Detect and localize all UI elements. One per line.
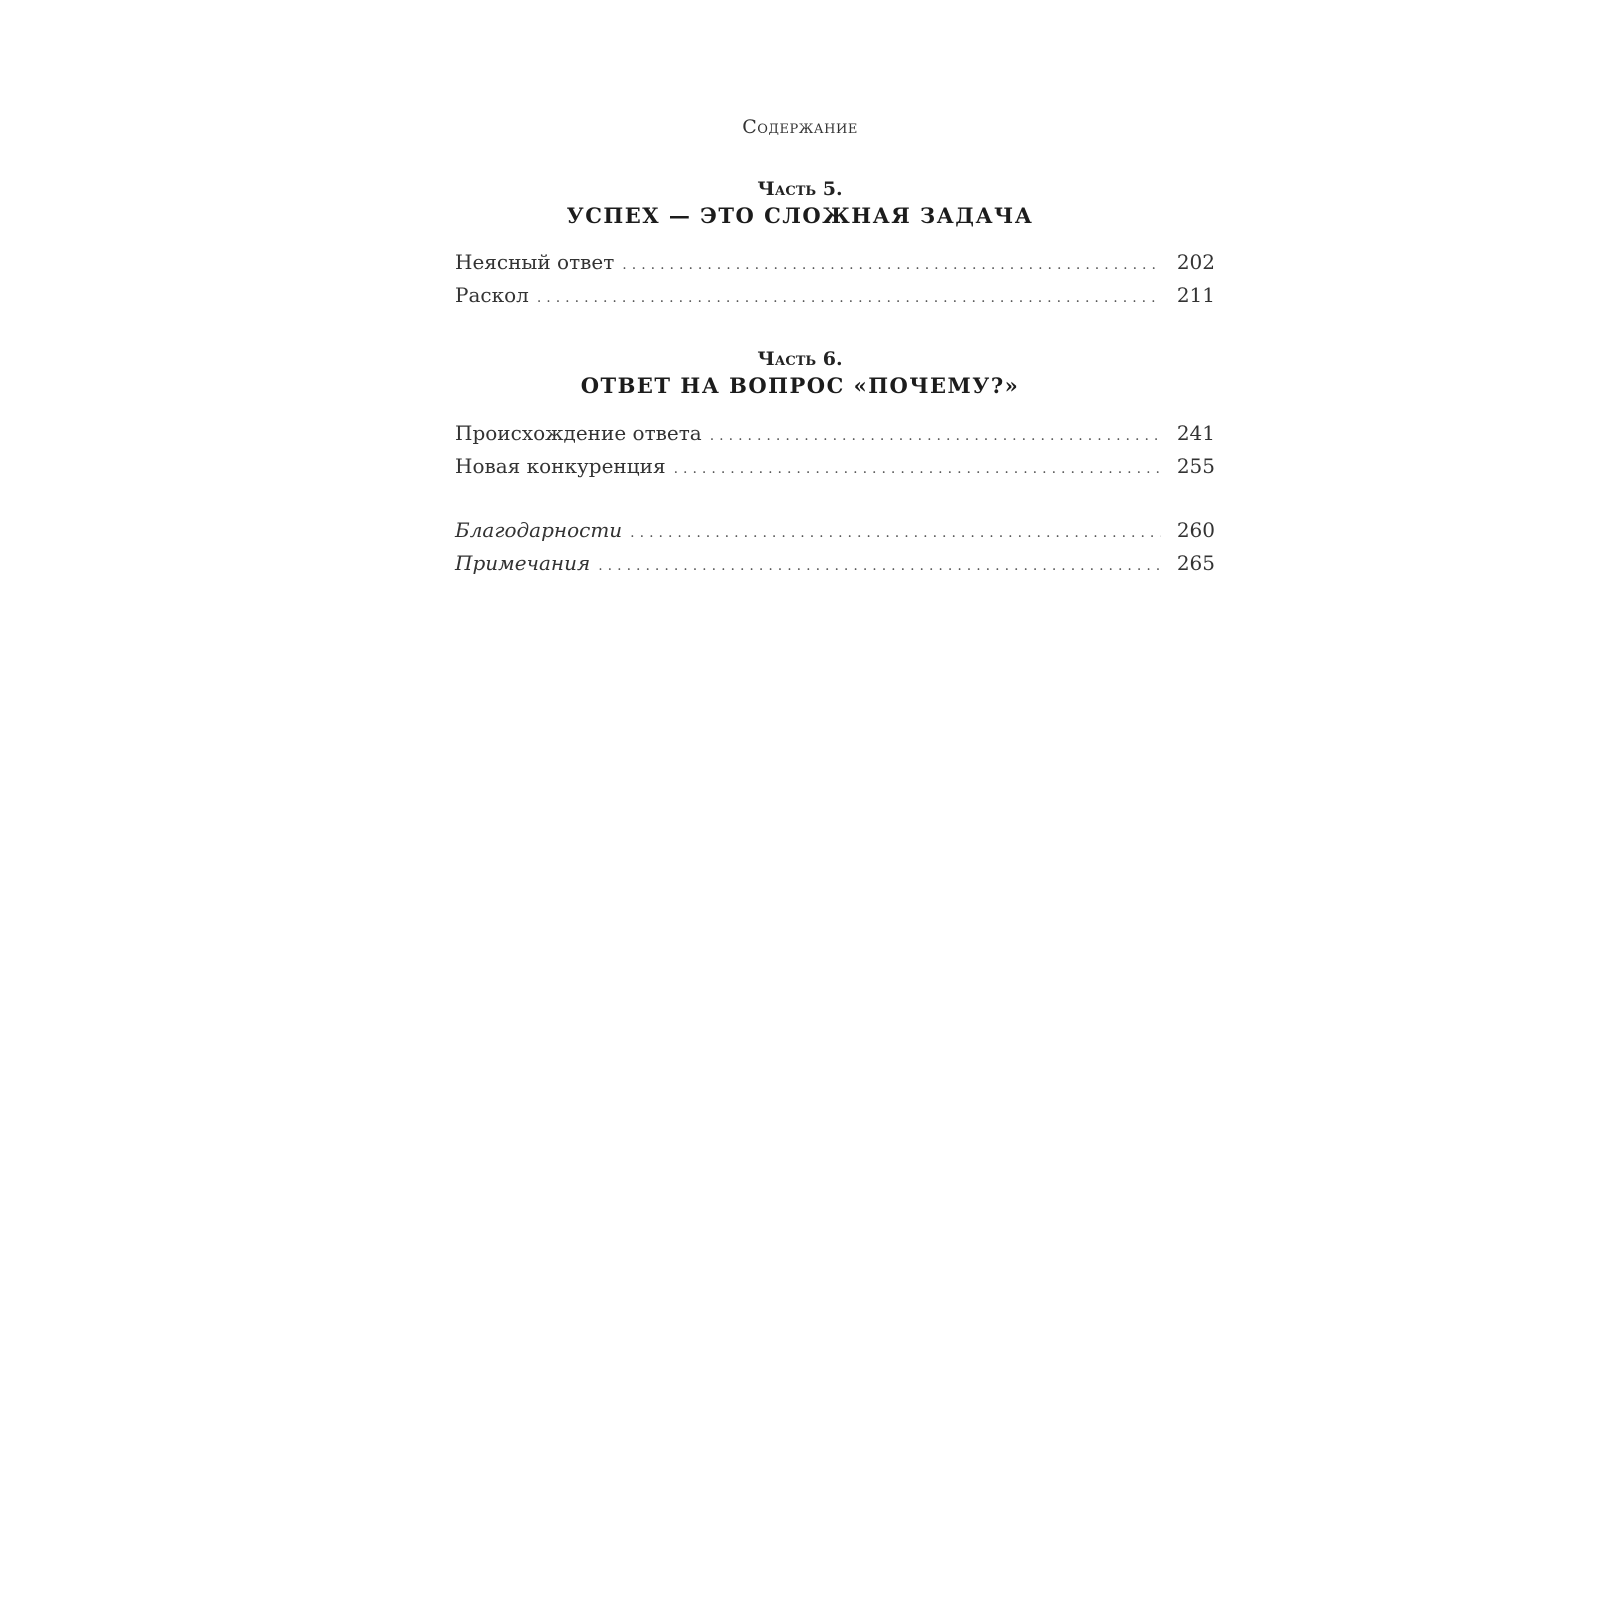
toc-entry-page: 255 <box>1161 454 1215 478</box>
toc-entry-page: 241 <box>1161 421 1215 445</box>
toc-entry-title: Примечания <box>455 551 598 575</box>
toc-list-part-5: Неясный ответ 202 Раскол 211 <box>455 250 1215 316</box>
toc-entry-page: 260 <box>1161 518 1215 542</box>
toc-entry-page: 202 <box>1161 250 1215 274</box>
dot-leader <box>598 558 1161 574</box>
part-title: ОТВЕТ НА ВОПРОС «ПОЧЕМУ?» <box>0 371 1600 401</box>
toc-list-back-matter: Благодарности 260 Примечания 265 <box>455 518 1215 584</box>
toc-entry-title: Новая конкуренция <box>455 454 674 478</box>
toc-entry[interactable]: Неясный ответ 202 <box>455 250 1215 283</box>
dot-leader <box>710 428 1161 444</box>
dot-leader <box>630 525 1161 541</box>
toc-entry[interactable]: Происхождение ответа 241 <box>455 421 1215 454</box>
part-5-heading: Часть 5. УСПЕХ — ЭТО СЛОЖНАЯ ЗАДАЧА <box>0 177 1600 231</box>
running-head: Содержание <box>0 116 1600 138</box>
toc-list-part-6: Происхождение ответа 241 Новая конкуренц… <box>455 421 1215 487</box>
dot-leader <box>674 461 1161 477</box>
toc-entry-page: 211 <box>1161 283 1215 307</box>
toc-entry-title: Раскол <box>455 283 537 307</box>
book-page: Содержание Часть 5. УСПЕХ — ЭТО СЛОЖНАЯ … <box>0 0 1600 1600</box>
toc-entry[interactable]: Новая конкуренция 255 <box>455 454 1215 487</box>
toc-entry-acknowledgements[interactable]: Благодарности 260 <box>455 518 1215 551</box>
dot-leader <box>537 290 1161 306</box>
toc-entry-title: Происхождение ответа <box>455 421 710 445</box>
toc-entry-page: 265 <box>1161 551 1215 575</box>
part-label: Часть 5. <box>0 177 1600 201</box>
dot-leader <box>622 257 1161 273</box>
toc-entry-title: Неясный ответ <box>455 250 622 274</box>
toc-entry-notes[interactable]: Примечания 265 <box>455 551 1215 584</box>
toc-entry-title: Благодарности <box>455 518 630 542</box>
part-title: УСПЕХ — ЭТО СЛОЖНАЯ ЗАДАЧА <box>0 201 1600 231</box>
part-label: Часть 6. <box>0 347 1600 371</box>
part-6-heading: Часть 6. ОТВЕТ НА ВОПРОС «ПОЧЕМУ?» <box>0 347 1600 401</box>
toc-entry[interactable]: Раскол 211 <box>455 283 1215 316</box>
